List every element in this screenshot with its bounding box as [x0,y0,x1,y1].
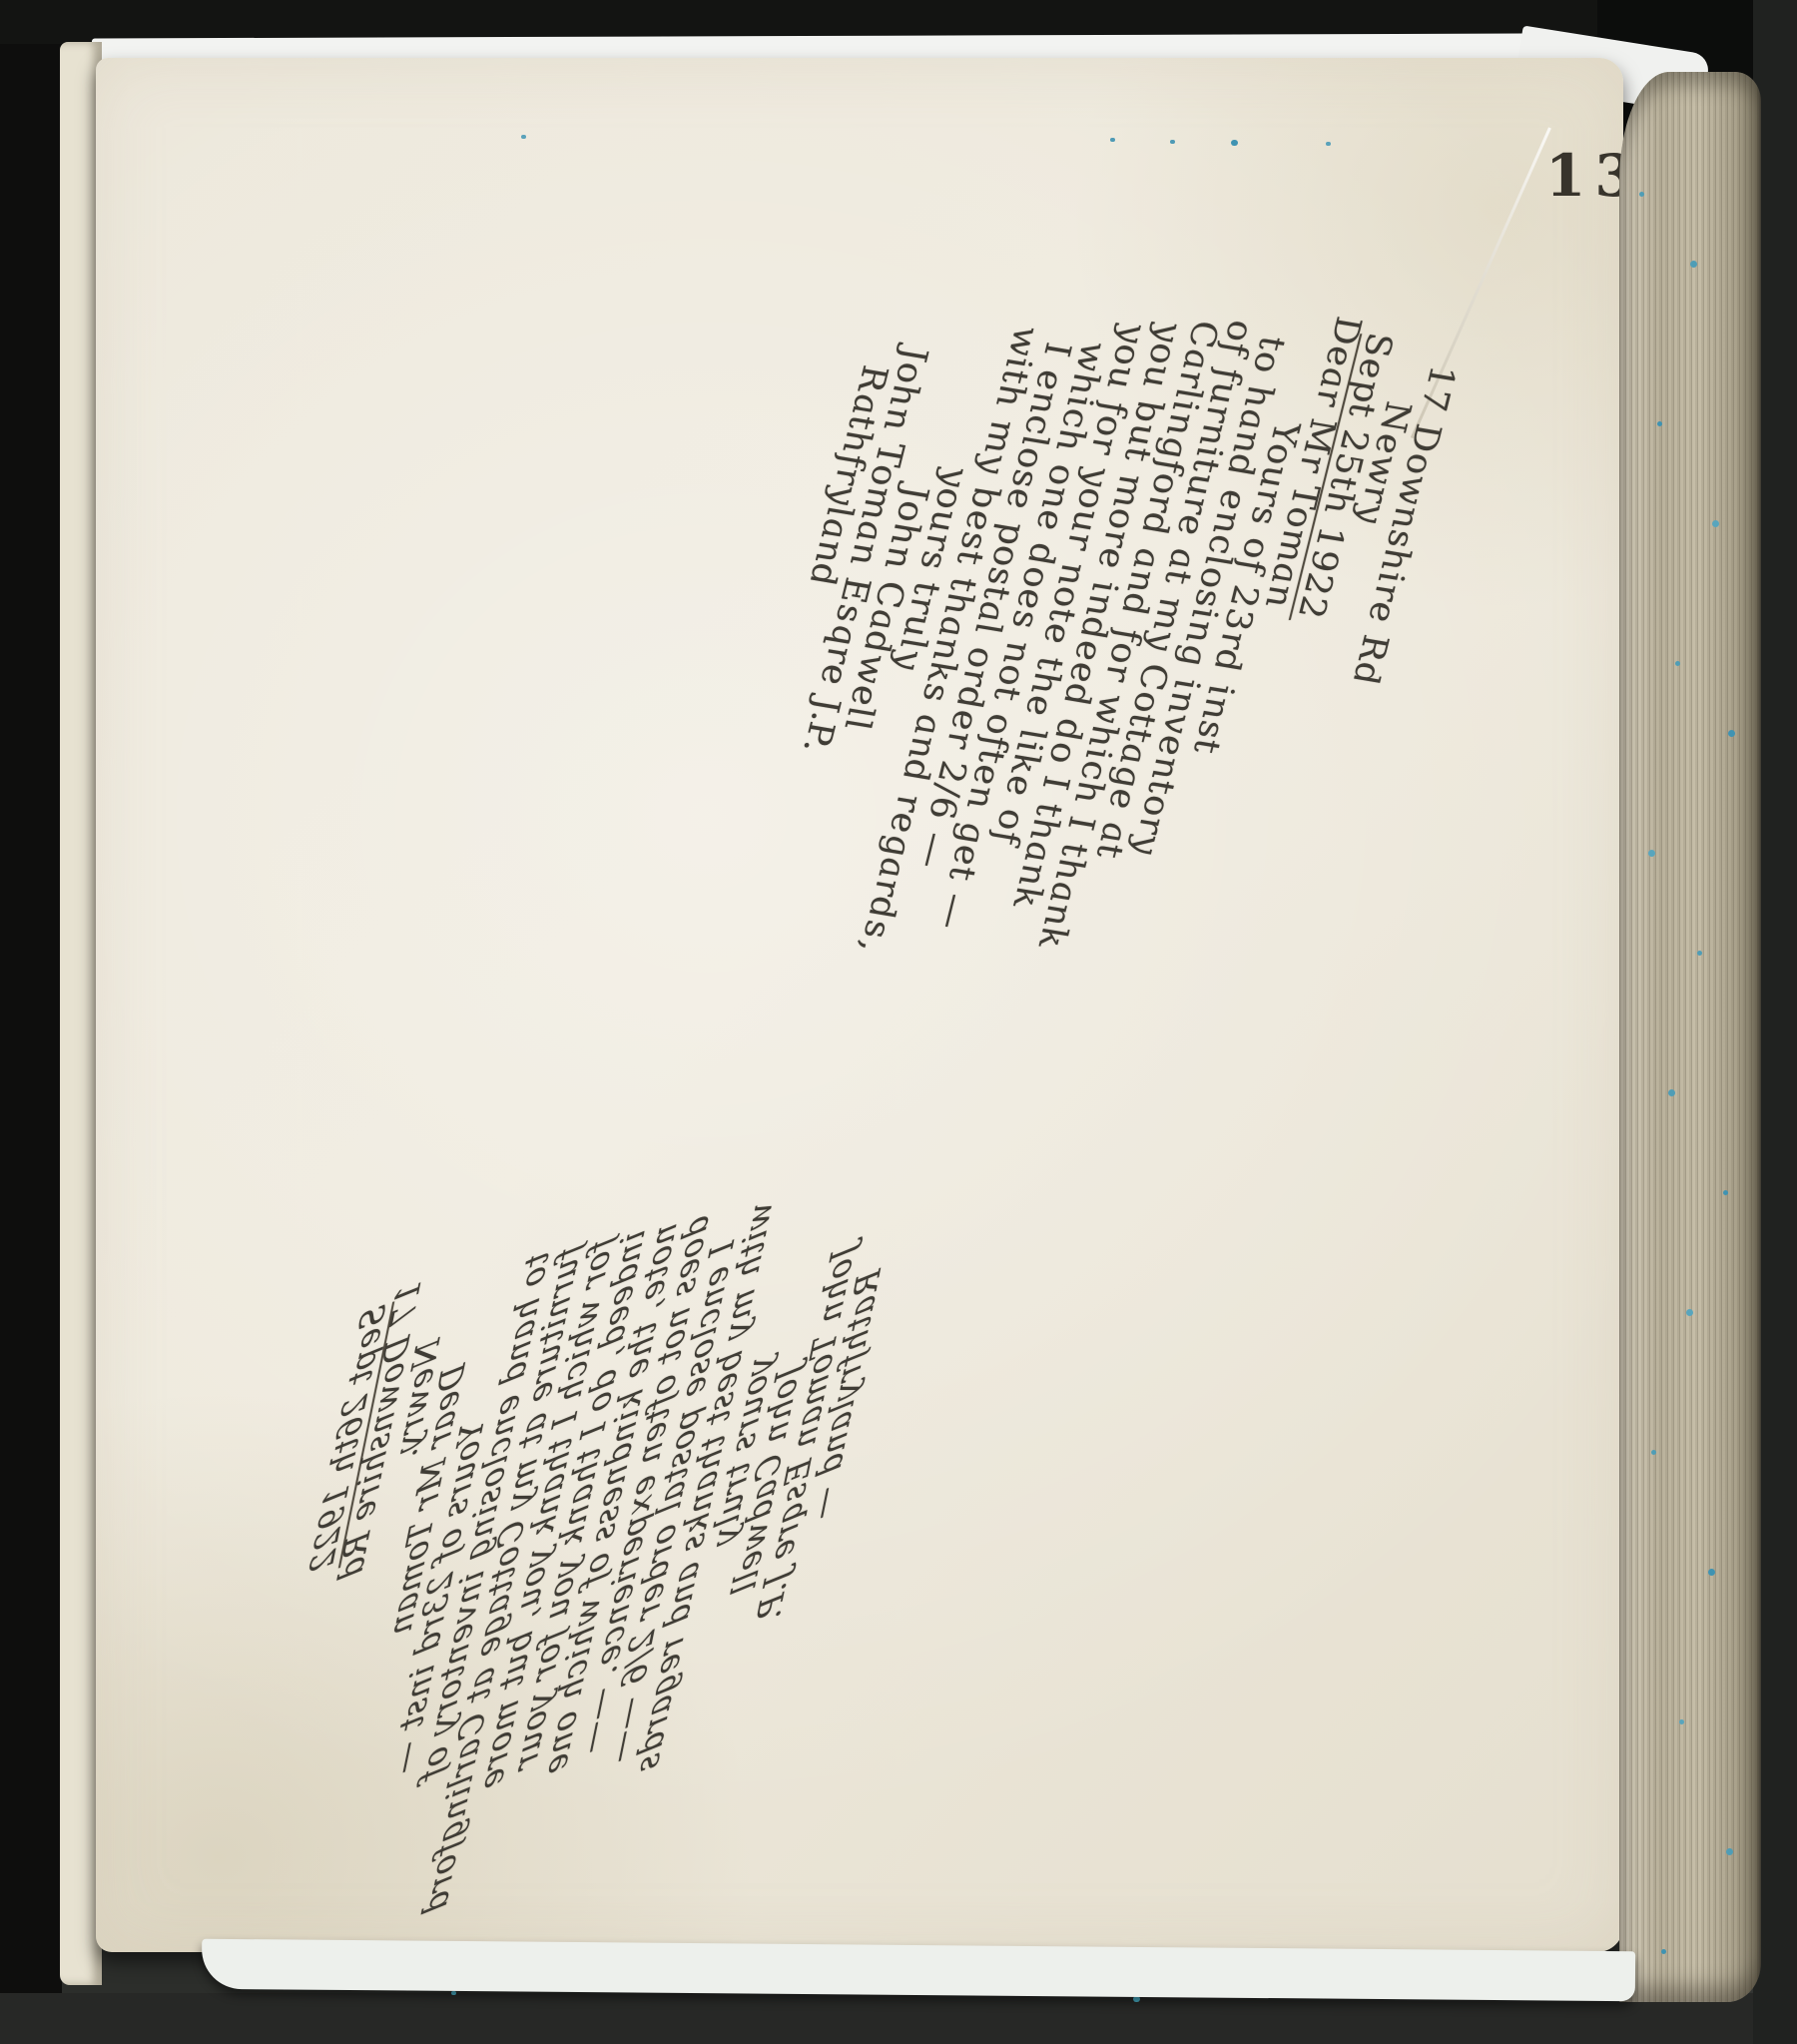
fore-edge-blue-speckles [1639,192,1644,197]
blue-ink-speckles [1110,138,1115,142]
background-bottom [0,1993,1797,2044]
letter-book-photo: 138 17 Downshire RdNewrySept 25th 1922De… [0,0,1797,2044]
handwritten-letter-sept-26: Sept 26th 192217 Downshire RdNewry.Dear … [215,1173,895,1964]
book-fore-edge-pages [1619,72,1761,2002]
handwritten-letter-sept-25: 17 Downshire RdNewrySept 25th 1922Dear M… [729,313,1494,959]
letter-book-page: 138 17 Downshire RdNewrySept 25th 1922De… [96,58,1623,1952]
